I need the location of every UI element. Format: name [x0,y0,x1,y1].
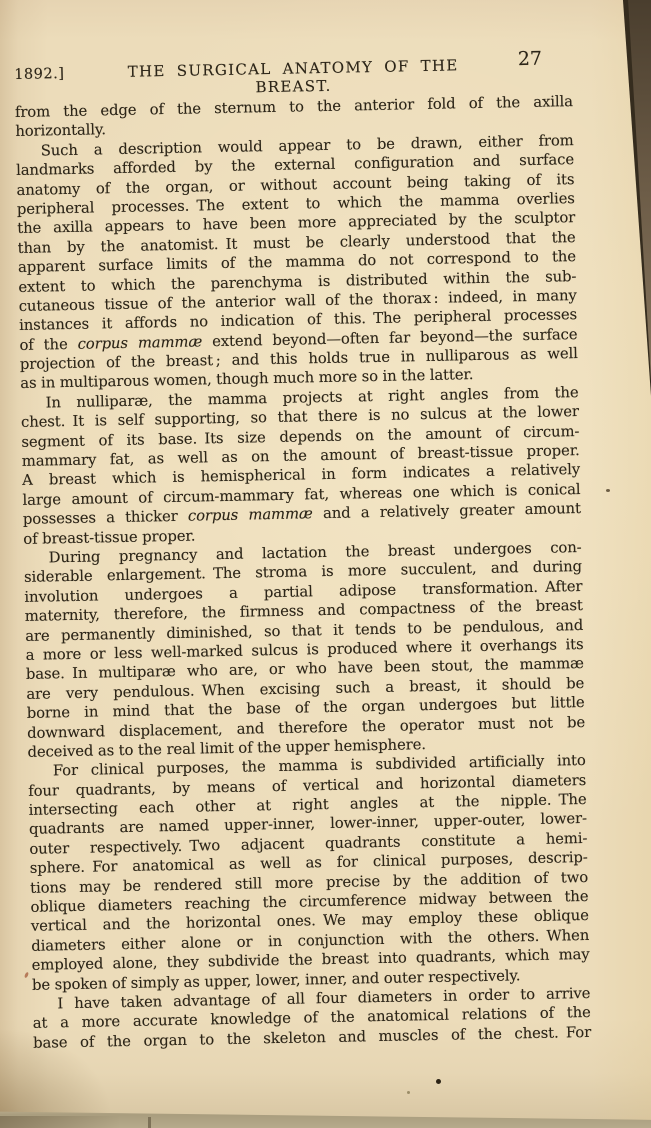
paragraph: During pregnancy and lactation the breas… [24,538,586,762]
book-edge-right [600,0,651,400]
printed-content: 1892.] THE SURGICAL ANATOMY OF THE BREAS… [14,51,591,1053]
paragraph: In nulliparæ, the mamma projects at righ… [20,383,581,549]
ink-speck [24,972,29,979]
page-body: from the edge of the sternum to the ante… [15,92,591,1053]
header-year: 1892.] [14,65,106,83]
page-header: 1892.] THE SURGICAL ANATOMY OF THE BREAS… [14,51,572,82]
header-page-number: 27 [480,47,572,71]
ink-speck [436,1079,441,1084]
header-title: THE SURGICAL ANATOMY OF THE BREAST. [106,56,481,99]
page-stack-line [148,1117,151,1128]
ink-speck [407,1091,410,1094]
paragraph: Such a description would appear to be dr… [16,131,579,394]
scanned-page: 1892.] THE SURGICAL ANATOMY OF THE BREAS… [0,0,651,1128]
page-stack-shadow [0,1116,120,1128]
ink-speck [606,489,610,492]
paragraph: For clinical purposes, the mamma is subd… [28,751,590,995]
paragraph: I have taken advantage of all four diame… [32,984,591,1053]
